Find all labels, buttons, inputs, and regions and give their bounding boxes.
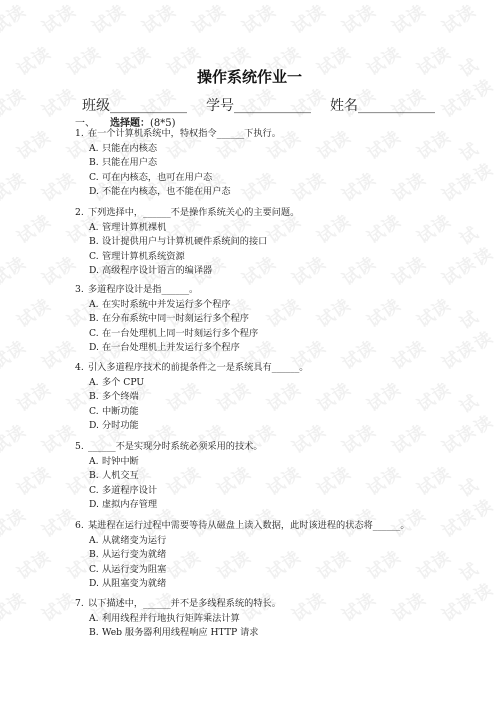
option-letter: B. [89, 235, 102, 250]
name-blank: ___________ [358, 98, 435, 114]
option-letter: B. [89, 626, 102, 641]
name-field[interactable]: 姓名___________ [330, 95, 435, 115]
option-text: 在一台处理机上并发运行多个程序 [102, 342, 240, 353]
option-b[interactable]: B.只能在用户态 [75, 156, 281, 171]
question-4: 4.引入多道程序技术的前提条件之一是系统具有______。A.多个 CPUB.多… [75, 361, 309, 434]
option-letter: C. [89, 484, 102, 499]
option-text: 多个终端 [102, 391, 139, 402]
question-5: 5.______不是实现分时系统必须采用的技术。A.时钟中断B.人机交互C.多道… [75, 440, 263, 513]
option-text: 管理计算机系统资源 [102, 251, 185, 262]
question-text: 下列选择中，______不是操作系统关心的主要问题。 [88, 207, 299, 218]
option-text: 管理计算机裸机 [102, 222, 166, 233]
option-c[interactable]: C.多道程序设计 [75, 484, 263, 499]
option-text: 利用线程并行地执行矩阵乘法计算 [102, 613, 240, 624]
option-letter: A. [89, 298, 102, 313]
question-stem: 6.某进程在运行过程中需要等待从磁盘上读入数据，此时该进程的状态将______。 [75, 519, 410, 534]
question-number: 4. [75, 361, 88, 376]
option-letter: C. [89, 250, 102, 265]
question-number: 3. [75, 283, 88, 298]
question-text: 某进程在运行过程中需要等待从磁盘上读入数据，此时该进程的状态将______。 [88, 520, 410, 531]
option-b[interactable]: B.多个终端 [75, 390, 309, 405]
option-text: 从运行变为就绪 [102, 549, 166, 560]
question-number: 7. [75, 597, 88, 612]
question-number: 5. [75, 440, 88, 455]
option-text: 虚拟内存管理 [102, 499, 157, 510]
option-letter: A. [89, 142, 102, 157]
option-letter: C. [89, 171, 102, 186]
question-2: 2.下列选择中，______不是操作系统关心的主要问题。A.管理计算机裸机B.设… [75, 206, 299, 279]
question-text: 引入多道程序技术的前提条件之一是系统具有______。 [88, 362, 309, 373]
option-letter: D. [89, 185, 102, 200]
option-text: 时钟中断 [102, 456, 139, 467]
option-d[interactable]: D.不能在内核态，也不能在用户态 [75, 185, 281, 200]
question-stem: 4.引入多道程序技术的前提条件之一是系统具有______。 [75, 361, 309, 376]
option-a[interactable]: A.管理计算机裸机 [75, 221, 299, 236]
question-number: 2. [75, 206, 88, 221]
name-label: 姓名 [330, 98, 358, 114]
option-c[interactable]: C.可在内核态，也可在用户态 [75, 171, 281, 186]
question-7: 7.以下描述中，______并不是多线程系统的特长。A.利用线程并行地执行矩阵乘… [75, 597, 281, 641]
class-blank: ___________ [110, 98, 187, 114]
option-a[interactable]: A.在实时系统中并发运行多个程序 [75, 298, 258, 313]
option-c[interactable]: C.从运行变为阻塞 [75, 563, 410, 578]
student-id-blank: ___________ [234, 98, 311, 114]
option-d[interactable]: D.在一台处理机上并发运行多个程序 [75, 341, 258, 356]
option-b[interactable]: B.从运行变为就绪 [75, 548, 410, 563]
question-number: 6. [75, 519, 88, 534]
class-label: 班级 [82, 98, 110, 114]
option-text: 高级程序设计语言的编译器 [102, 265, 212, 276]
option-text: 在一台处理机上同一时刻运行多个程序 [102, 328, 258, 339]
option-letter: D. [89, 264, 102, 279]
option-a[interactable]: A.时钟中断 [75, 455, 263, 470]
option-letter: C. [89, 563, 102, 578]
document-title: 操作系统作业一 [0, 66, 499, 87]
question-number: 1. [75, 127, 88, 142]
option-text: 在分布系统中同一时刻运行多个程序 [102, 313, 249, 324]
question-text: 在一个计算机系统中，特权指令______下执行。 [88, 128, 281, 139]
question-stem: 2.下列选择中，______不是操作系统关心的主要问题。 [75, 206, 299, 221]
option-text: 只能在内核态 [102, 143, 157, 154]
option-text: 只能在用户态 [102, 157, 157, 168]
option-letter: A. [89, 221, 102, 236]
option-letter: D. [89, 577, 102, 592]
question-text: ______不是实现分时系统必须采用的技术。 [88, 441, 263, 452]
option-letter: B. [89, 156, 102, 171]
option-c[interactable]: C.中断功能 [75, 405, 309, 420]
question-3: 3.多道程序设计是指______。A.在实时系统中并发运行多个程序B.在分布系统… [75, 283, 258, 356]
question-stem: 5.______不是实现分时系统必须采用的技术。 [75, 440, 263, 455]
option-text: 从阻塞变为就绪 [102, 578, 166, 589]
option-text: 可在内核态，也可在用户态 [102, 172, 212, 183]
option-letter: B. [89, 469, 102, 484]
option-text: 多个 CPU [102, 377, 144, 388]
student-id-label: 学号 [206, 98, 234, 114]
option-a[interactable]: A.只能在内核态 [75, 142, 281, 157]
class-field[interactable]: 班级___________ [82, 95, 187, 115]
option-b[interactable]: B.Web 服务器利用线程响应 HTTP 请求 [75, 626, 281, 641]
option-d[interactable]: D.虚拟内存管理 [75, 498, 263, 513]
question-6: 6.某进程在运行过程中需要等待从磁盘上读入数据，此时该进程的状态将______。… [75, 519, 410, 592]
question-stem: 3.多道程序设计是指______。 [75, 283, 258, 298]
option-letter: A. [89, 534, 102, 549]
option-text: 设计提供用户与计算机硬件系统间的接口 [102, 236, 267, 247]
option-letter: A. [89, 455, 102, 470]
option-text: Web 服务器利用线程响应 HTTP 请求 [102, 627, 258, 638]
option-text: 从运行变为阻塞 [102, 564, 166, 575]
option-letter: C. [89, 405, 102, 420]
option-b[interactable]: B.设计提供用户与计算机硬件系统间的接口 [75, 235, 299, 250]
option-letter: C. [89, 327, 102, 342]
option-d[interactable]: D.分时功能 [75, 419, 309, 434]
option-letter: A. [89, 376, 102, 391]
option-letter: B. [89, 312, 102, 327]
question-text: 多道程序设计是指______。 [88, 284, 198, 295]
option-letter: D. [89, 341, 102, 356]
option-d[interactable]: D.从阻塞变为就绪 [75, 577, 410, 592]
option-text: 多道程序设计 [102, 485, 157, 496]
student-id-field[interactable]: 学号___________ [206, 95, 311, 115]
option-text: 从就绪变为运行 [102, 535, 166, 546]
option-letter: A. [89, 612, 102, 627]
option-b[interactable]: B.在分布系统中同一时刻运行多个程序 [75, 312, 258, 327]
option-b[interactable]: B.人机交互 [75, 469, 263, 484]
option-letter: D. [89, 498, 102, 513]
option-letter: D. [89, 419, 102, 434]
option-d[interactable]: D.高级程序设计语言的编译器 [75, 264, 299, 279]
option-letter: B. [89, 548, 102, 563]
option-a[interactable]: A.多个 CPU [75, 376, 309, 391]
option-text: 在实时系统中并发运行多个程序 [102, 299, 231, 310]
option-text: 中断功能 [102, 406, 139, 417]
option-c[interactable]: C.在一台处理机上同一时刻运行多个程序 [75, 327, 258, 342]
option-text: 分时功能 [102, 420, 139, 431]
option-a[interactable]: A.从就绪变为运行 [75, 534, 410, 549]
question-1: 1.在一个计算机系统中，特权指令______下执行。A.只能在内核态B.只能在用… [75, 127, 281, 200]
document-page: 操作系统作业一 班级___________ 学号___________ 姓名__… [0, 0, 499, 706]
question-text: 以下描述中，______并不是多线程系统的特长。 [88, 598, 281, 609]
question-stem: 7.以下描述中，______并不是多线程系统的特长。 [75, 597, 281, 612]
option-c[interactable]: C.管理计算机系统资源 [75, 250, 299, 265]
option-text: 不能在内核态，也不能在用户态 [102, 186, 231, 197]
option-a[interactable]: A.利用线程并行地执行矩阵乘法计算 [75, 612, 281, 627]
option-text: 人机交互 [102, 470, 139, 481]
option-letter: B. [89, 390, 102, 405]
question-stem: 1.在一个计算机系统中，特权指令______下执行。 [75, 127, 281, 142]
